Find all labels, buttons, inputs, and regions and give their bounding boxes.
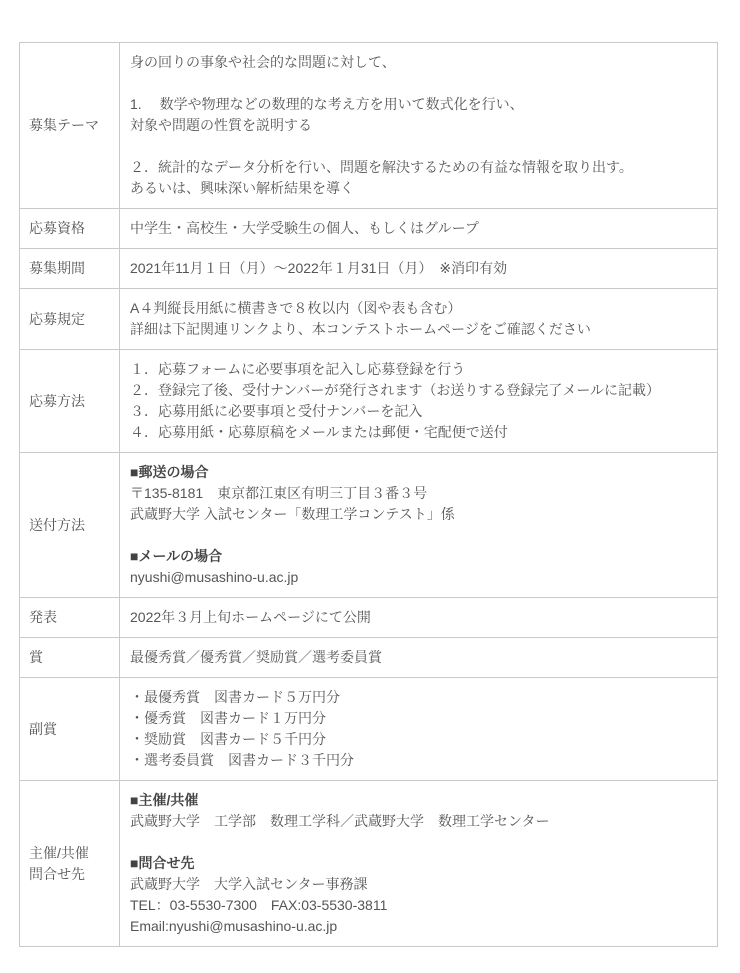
content-line: ２．統計的なデータ分析を行い、問題を解決するための有益な情報を取り出す。 [130, 157, 705, 178]
row-announcement: 発表 2022年３月上旬ホームページにて公開 [20, 597, 717, 637]
blank-line [130, 136, 705, 157]
content-line: ４．応募用紙・応募原稿をメールまたは郵便・宅配便で送付 [130, 422, 705, 443]
row-rules-label: 応募規定 [20, 289, 120, 349]
content-line: １．応募フォームに必要事項を記入し応募登録を行う [130, 359, 705, 380]
prize-item: ・最優秀賞 図書カード５万円分 [130, 687, 705, 708]
content-line: 詳細は下記関連リンクより、本コンテストホームページをご確認ください [130, 319, 705, 340]
contact-heading: ■問合せ先 [130, 853, 705, 874]
row-organizer-contact-label: 主催/共催 問合せ先 [20, 781, 120, 946]
row-announcement-content: 2022年３月上旬ホームページにて公開 [120, 598, 717, 637]
row-delivery-method-label: 送付方法 [20, 453, 120, 597]
prize-item: ・優秀賞 図書カード１万円分 [130, 708, 705, 729]
row-awards-content: 最優秀賞／優秀賞／奨励賞／選考委員賞 [120, 638, 717, 677]
email-heading: ■メールの場合 [130, 546, 705, 567]
prize-item: ・奨励賞 図書カード５千円分 [130, 729, 705, 750]
postal-heading: ■郵送の場合 [130, 462, 705, 483]
row-organizer-contact: 主催/共催 問合せ先 ■主催/共催 武蔵野大学 工学部 数理工学科／武蔵野大学 … [20, 780, 717, 946]
page: 募集テーマ 身の回りの事象や社会的な問題に対して、 1. 数学や物理などの数理的… [0, 0, 740, 973]
row-application-method-content: １．応募フォームに必要事項を記入し応募登録を行う ２．登録完了後、受付ナンバーが… [120, 350, 717, 452]
row-extra-prizes-label: 副賞 [20, 678, 120, 780]
content-line: 2022年３月上旬ホームページにて公開 [130, 607, 705, 628]
row-application-method-label: 応募方法 [20, 350, 120, 452]
blank-line [130, 832, 705, 853]
row-awards-label: 賞 [20, 638, 120, 677]
row-organizer-contact-content: ■主催/共催 武蔵野大学 工学部 数理工学科／武蔵野大学 数理工学センター ■問… [120, 781, 717, 946]
organizer-heading: ■主催/共催 [130, 790, 705, 811]
contact-tel-fax: TEL：03-5530-7300 FAX:03-5530-3811 [130, 895, 705, 916]
content-line: 対象や問題の性質を説明する [130, 115, 705, 136]
row-eligibility-label: 応募資格 [20, 209, 120, 248]
contact-department: 武蔵野大学 大学入試センター事務課 [130, 874, 705, 895]
contest-info-table: 募集テーマ 身の回りの事象や社会的な問題に対して、 1. 数学や物理などの数理的… [19, 42, 718, 947]
row-period: 募集期間 2021年11月１日（月）～2022年１月31日（月） ※消印有効 [20, 248, 717, 288]
row-application-method: 応募方法 １．応募フォームに必要事項を記入し応募登録を行う ２．登録完了後、受付… [20, 349, 717, 452]
row-period-label: 募集期間 [20, 249, 120, 288]
row-awards: 賞 最優秀賞／優秀賞／奨励賞／選考委員賞 [20, 637, 717, 677]
content-line: 最優秀賞／優秀賞／奨励賞／選考委員賞 [130, 647, 705, 668]
row-theme-content: 身の回りの事象や社会的な問題に対して、 1. 数学や物理などの数理的な考え方を用… [120, 43, 717, 208]
content-line: 1. 数学や物理などの数理的な考え方を用いて数式化を行い、 [130, 94, 705, 115]
content-line: ２．登録完了後、受付ナンバーが発行されます（お送りする登録完了メールに記載） [130, 380, 705, 401]
content-line: ３．応募用紙に必要事項と受付ナンバーを記入 [130, 401, 705, 422]
contact-email: Email:nyushi@musashino-u.ac.jp [130, 916, 705, 937]
row-eligibility-content: 中学生・高校生・大学受験生の個人、もしくはグループ [120, 209, 717, 248]
email-address: nyushi@musashino-u.ac.jp [130, 567, 705, 588]
row-delivery-method-content: ■郵送の場合 〒135-8181 東京都江東区有明三丁目３番３号 武蔵野大学 入… [120, 453, 717, 597]
content-line: あるいは、興味深い解析結果を導く [130, 178, 705, 199]
blank-line [130, 73, 705, 94]
row-theme-label: 募集テーマ [20, 43, 120, 208]
blank-line [130, 525, 705, 546]
organizer-name: 武蔵野大学 工学部 数理工学科／武蔵野大学 数理工学センター [130, 811, 705, 832]
row-extra-prizes: 副賞 ・最優秀賞 図書カード５万円分 ・優秀賞 図書カード１万円分 ・奨励賞 図… [20, 677, 717, 780]
row-period-content: 2021年11月１日（月）～2022年１月31日（月） ※消印有効 [120, 249, 717, 288]
row-delivery-method: 送付方法 ■郵送の場合 〒135-8181 東京都江東区有明三丁目３番３号 武蔵… [20, 452, 717, 597]
content-line: 中学生・高校生・大学受験生の個人、もしくはグループ [130, 218, 705, 239]
postal-address: 〒135-8181 東京都江東区有明三丁目３番３号 [130, 483, 705, 504]
content-line: 身の回りの事象や社会的な問題に対して、 [130, 52, 705, 73]
content-line: 2021年11月１日（月）～2022年１月31日（月） ※消印有効 [130, 258, 705, 279]
row-rules: 応募規定 A４判縦長用紙に横書きで８枚以内（図や表も含む） 詳細は下記関連リンク… [20, 288, 717, 349]
postal-recipient: 武蔵野大学 入試センター「数理工学コンテスト」係 [130, 504, 705, 525]
row-extra-prizes-content: ・最優秀賞 図書カード５万円分 ・優秀賞 図書カード１万円分 ・奨励賞 図書カー… [120, 678, 717, 780]
row-theme: 募集テーマ 身の回りの事象や社会的な問題に対して、 1. 数学や物理などの数理的… [20, 43, 717, 208]
row-announcement-label: 発表 [20, 598, 120, 637]
prize-item: ・選考委員賞 図書カード３千円分 [130, 750, 705, 771]
row-eligibility: 応募資格 中学生・高校生・大学受験生の個人、もしくはグループ [20, 208, 717, 248]
content-line: A４判縦長用紙に横書きで８枚以内（図や表も含む） [130, 298, 705, 319]
row-rules-content: A４判縦長用紙に横書きで８枚以内（図や表も含む） 詳細は下記関連リンクより、本コ… [120, 289, 717, 349]
